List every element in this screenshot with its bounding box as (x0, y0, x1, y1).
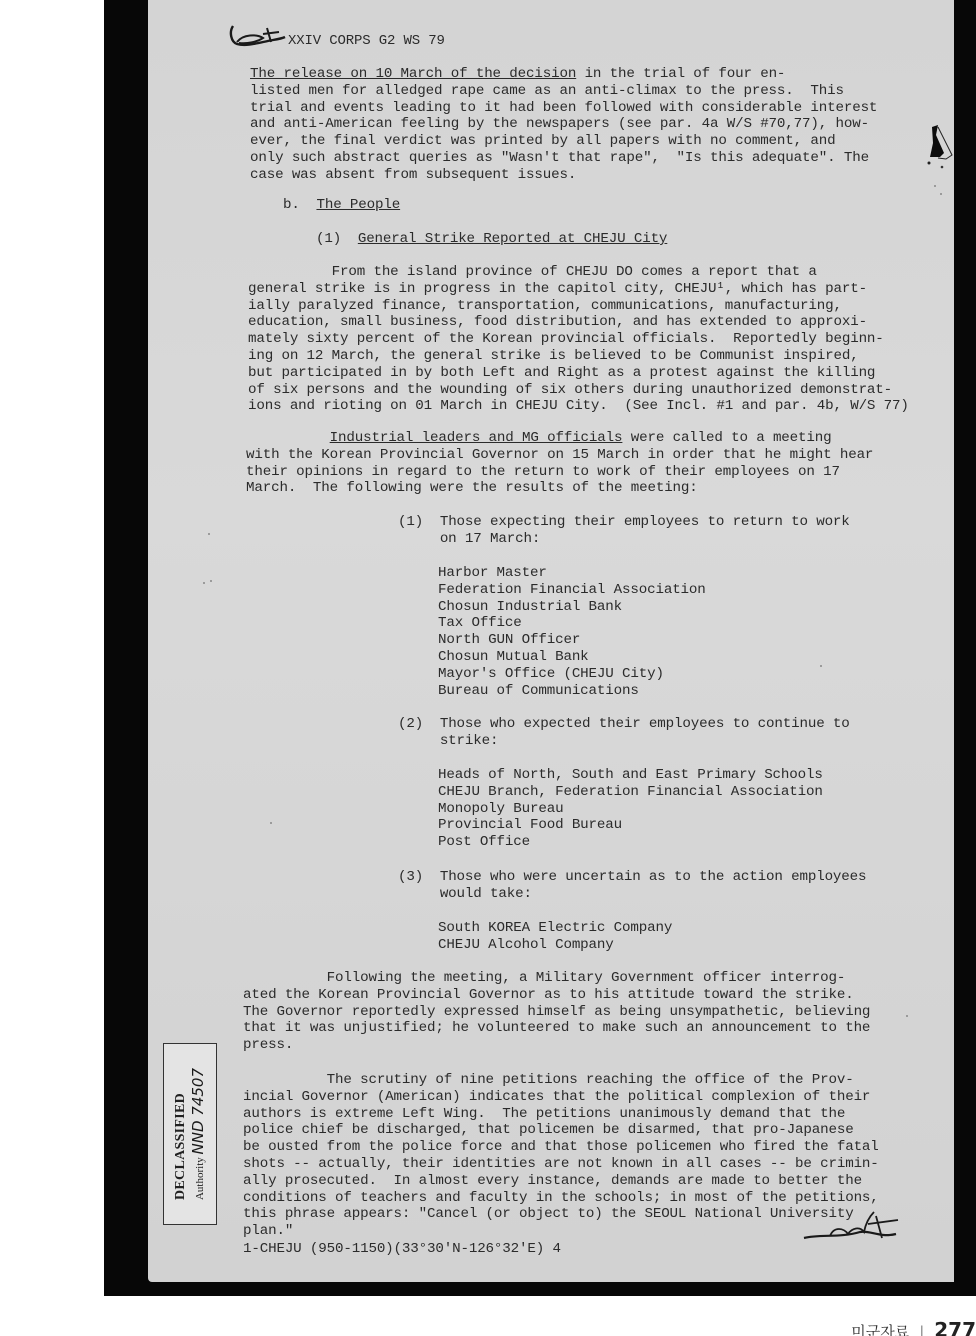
list-marker: (2) (398, 716, 423, 732)
page-footer: 미군자료|277 (851, 1318, 976, 1336)
stamp-title: DECLASSIFIED (173, 1068, 189, 1200)
list-continue-strike: Heads of North, South and East Primary S… (438, 767, 823, 851)
footnote-coordinates: 1-CHEJU (950-1150)(33°30'N-126°32'E) 4 (243, 1241, 561, 1258)
section-marker: b. (283, 197, 300, 213)
result-heading-text: Those who expected their employees to co… (398, 716, 850, 749)
result-heading-text: Those expecting their employees to retur… (398, 514, 850, 547)
stamp-authority-label: Authority (194, 1157, 206, 1200)
subsection-marker: (1) (316, 231, 341, 247)
paragraph-meeting: Industrial leaders and MG officials were… (246, 430, 873, 497)
list-return-to-work: Harbor Master Federation Financial Assoc… (438, 565, 706, 699)
list-marker: (1) (398, 514, 423, 530)
result-heading-continue-strike: (2) Those who expected their employees t… (398, 716, 850, 750)
handwritten-initials-mark (227, 22, 287, 50)
paragraph-text: in the trial of four en- listed men for … (250, 66, 877, 183)
subsection-heading-general-strike: (1) General Strike Reported at CHEJU Cit… (316, 231, 667, 248)
paragraph-petitions: The scrutiny of nine petitions reaching … (243, 1072, 879, 1240)
ink-blot-mark (924, 125, 954, 170)
page-number: 277 (934, 1318, 976, 1336)
result-heading-uncertain: (3) Those who were uncertain as to the a… (398, 869, 866, 903)
declassified-stamp: DECLASSIFIED Authority NND 74507 (163, 1043, 217, 1225)
paragraph-lead-underlined: The release on 10 March of the decision (250, 66, 576, 82)
paragraph-trial-release: The release on 10 March of the decision … (250, 66, 877, 184)
subsection-title: General Strike Reported at CHEJU City (358, 231, 667, 247)
stamp-authority: Authority NND 74507 (189, 1068, 207, 1200)
list-uncertain: South KOREA Electric Company CHEJU Alcoh… (438, 920, 672, 954)
footer-separator: | (919, 1323, 924, 1336)
section-title: The People (316, 197, 400, 213)
section-heading-the-people: b. The People (283, 197, 400, 214)
document-header: XXIV CORPS G2 WS 79 (288, 33, 445, 50)
paragraph-general-strike: From the island province of CHEJU DO com… (248, 264, 909, 415)
handwritten-signature-mark (800, 1208, 900, 1248)
stamp-authority-value: NND 74507 (189, 1068, 207, 1154)
list-marker: (3) (398, 869, 423, 885)
result-heading-return-to-work: (1) Those expecting their employees to r… (398, 514, 850, 548)
paragraph-governor-attitude: Following the meeting, a Military Govern… (243, 970, 870, 1054)
paragraph-lead-underlined: Industrial leaders and MG officials (330, 430, 623, 446)
footer-section-label: 미군자료 (851, 1323, 909, 1336)
result-heading-text: Those who were uncertain as to the actio… (398, 869, 866, 902)
